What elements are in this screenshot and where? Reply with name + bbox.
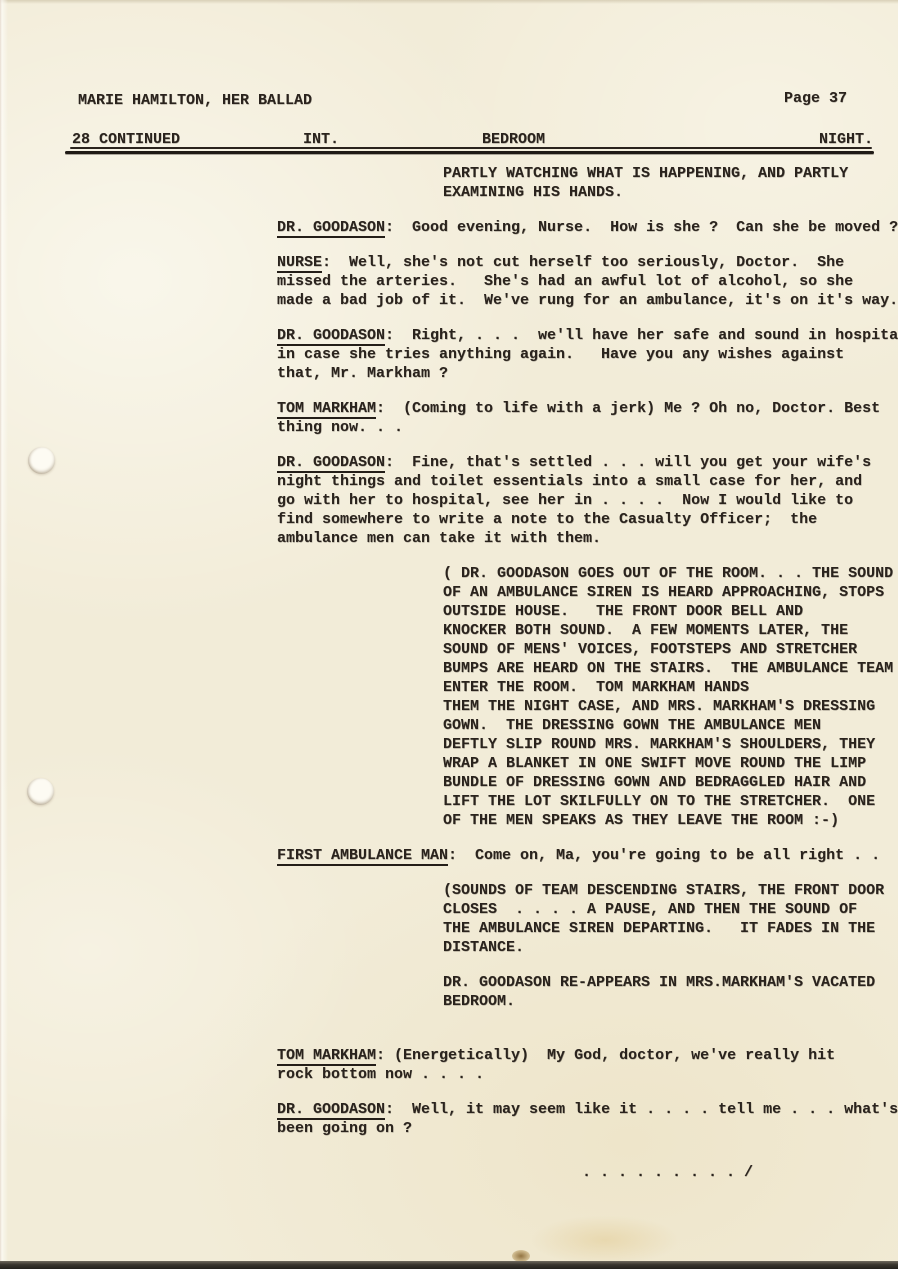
screenplay-page: MARIE HAMILTON, HER BALLAD Page 37 28 CO… [0, 0, 898, 1269]
speaker-name: DR. GOODASON [277, 1101, 385, 1120]
speaker-name: DR. GOODASON [277, 219, 385, 238]
speaker-name: FIRST AMBULANCE MAN [277, 847, 448, 866]
speaker-name: TOM MARKHAM [277, 1047, 376, 1066]
scene-number: 28 CONTINUED [72, 131, 180, 148]
dialogue-block: DR. GOODASON: Well, it may seem like it … [277, 1100, 898, 1138]
speaker-name: DR. GOODASON [277, 454, 385, 473]
scene-int-ext: INT. [303, 131, 339, 148]
scene-heading-rule-thick [65, 151, 874, 154]
document-title: MARIE HAMILTON, HER BALLAD [78, 92, 312, 109]
stage-direction: DR. GOODASON RE-APPEARS IN MRS.MARKHAM'S… [443, 973, 898, 1011]
speaker-name: TOM MARKHAM [277, 400, 376, 419]
dialogue-block: NURSE: Well, she's not cut herself too s… [277, 253, 898, 310]
stage-direction: PARTLY WATCHING WHAT IS HAPPENING, AND P… [443, 164, 898, 202]
continuation-mark: . . . . . . . . . / [582, 1163, 753, 1182]
script-blocks: PARTLY WATCHING WHAT IS HAPPENING, AND P… [0, 164, 898, 1154]
dialogue-block: DR. GOODASON: Fine, that's settled . . .… [277, 453, 898, 548]
speaker-name: NURSE [277, 254, 322, 273]
stage-direction: ( DR. GOODASON GOES OUT OF THE ROOM. . .… [443, 564, 898, 830]
scene-time: NIGHT. [819, 131, 873, 148]
dialogue-block: TOM MARKHAM: (Energetically) My God, doc… [277, 1046, 898, 1084]
dialogue-block: DR. GOODASON: Good evening, Nurse. How i… [277, 218, 898, 237]
page-top-edge [0, 0, 898, 4]
scene-location: BEDROOM [482, 131, 545, 148]
scene-heading-rule-thin [70, 147, 872, 149]
page-bottom-edge [0, 1261, 898, 1269]
stage-direction: (SOUNDS OF TEAM DESCENDING STAIRS, THE F… [443, 881, 898, 957]
dialogue-block: DR. GOODASON: Right, . . . we'll have he… [277, 326, 898, 383]
page-number: Page 37 [784, 90, 847, 107]
dialogue-block: TOM MARKHAM: (Coming to life with a jerk… [277, 399, 898, 437]
dialogue-block: FIRST AMBULANCE MAN: Come on, Ma, you're… [277, 846, 898, 865]
paper-stain-blob [530, 1215, 680, 1265]
speaker-name: DR. GOODASON [277, 327, 385, 346]
